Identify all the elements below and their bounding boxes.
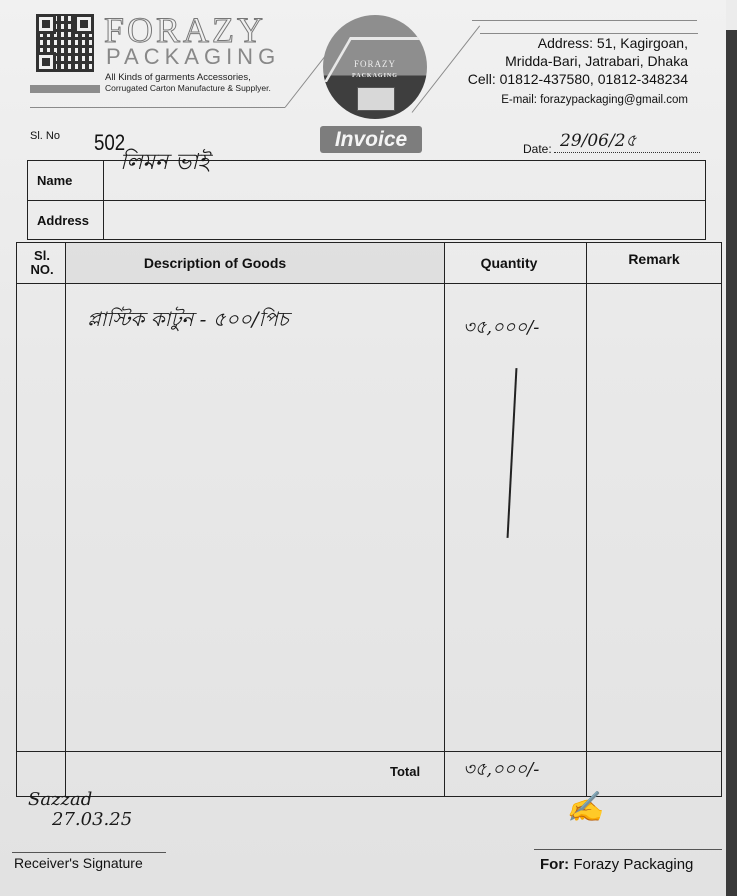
background-edge-top (726, 0, 737, 30)
total-value[interactable]: ৩৫,০০০/- (463, 755, 539, 786)
decorative-line (472, 20, 697, 21)
carton-box-icon (357, 87, 395, 111)
date-label: Date: (523, 142, 552, 156)
tagline-line-1: All Kinds of garments Accessories, (105, 72, 271, 83)
logo-text: FORAZY (323, 59, 427, 69)
header-sl-no: Sl. NO. (25, 243, 59, 283)
decorative-bar (30, 85, 100, 93)
email-address: E-mail: forazypackaging@gmail.com (468, 91, 688, 109)
company-logo: FORAZY PACKAGING (323, 15, 427, 119)
decorative-line (30, 107, 285, 108)
invoice-title-badge: Invoice (320, 126, 422, 153)
receiver-signature[interactable]: Sazzad 27.03.25 (28, 790, 132, 830)
company-subtitle: PACKAGING (106, 46, 280, 68)
customer-info-box: Name লিমন ভাই Address (27, 160, 706, 240)
receiver-signature-date: 27.03.25 (28, 810, 132, 830)
background-edge (726, 0, 737, 896)
date-value[interactable]: 29/06/2৫ (560, 128, 637, 156)
authority-company-name: Forazy Packaging (573, 856, 693, 873)
row-quantity[interactable]: ৩৫,০০০/- (463, 313, 539, 344)
phone-numbers: Cell: 01812-437580, 01812-348234 (468, 70, 688, 88)
qr-code-icon (36, 14, 94, 72)
for-prefix: For: (540, 856, 569, 873)
address-label: Address (28, 201, 104, 240)
tagline-line-2: Corrugated Carton Manufacture & Supplyer… (105, 83, 271, 94)
invoice-paper: FORAZY PACKAGING All Kinds of garments A… (0, 0, 726, 896)
serial-number-label: Sl. No (30, 130, 60, 142)
name-row: Name লিমন ভাই (28, 161, 705, 200)
header-divider (17, 283, 721, 284)
row-description[interactable]: প্লাস্টিক কাটুন - ৫০০/পিচ (87, 305, 289, 338)
column-divider (17, 243, 66, 796)
receiver-signature-line (12, 852, 166, 853)
receiver-signature-label: Receiver's Signature (14, 855, 143, 871)
logo-band-text: PACKAGING (323, 73, 427, 79)
receiver-signature-name: Sazzad (28, 790, 132, 810)
name-value[interactable]: লিমন ভাই (120, 145, 209, 182)
authority-signature-label: For: Forazy Packaging (540, 856, 693, 873)
address-line-2: Mridda-Bari, Jatrabari, Dhaka (468, 52, 688, 70)
header-remark: Remark (587, 239, 721, 279)
contact-block: Address: 51, Kagirgoan, Mridda-Bari, Jat… (468, 34, 688, 109)
address-row: Address (28, 200, 705, 240)
company-name: FORAZY (104, 12, 266, 48)
name-label: Name (28, 161, 104, 200)
header-description: Description of Goods (65, 243, 365, 283)
authority-signature-line (534, 849, 722, 850)
total-label: Total (390, 764, 420, 779)
authority-signature[interactable]: ✍ (566, 790, 603, 825)
header-quantity: Quantity (444, 243, 574, 283)
total-divider (17, 751, 721, 752)
company-tagline: All Kinds of garments Accessories, Corru… (105, 72, 271, 94)
goods-table: Sl. NO. Description of Goods Quantity Re… (16, 242, 722, 797)
address-line-1: Address: 51, Kagirgoan, (468, 34, 688, 52)
